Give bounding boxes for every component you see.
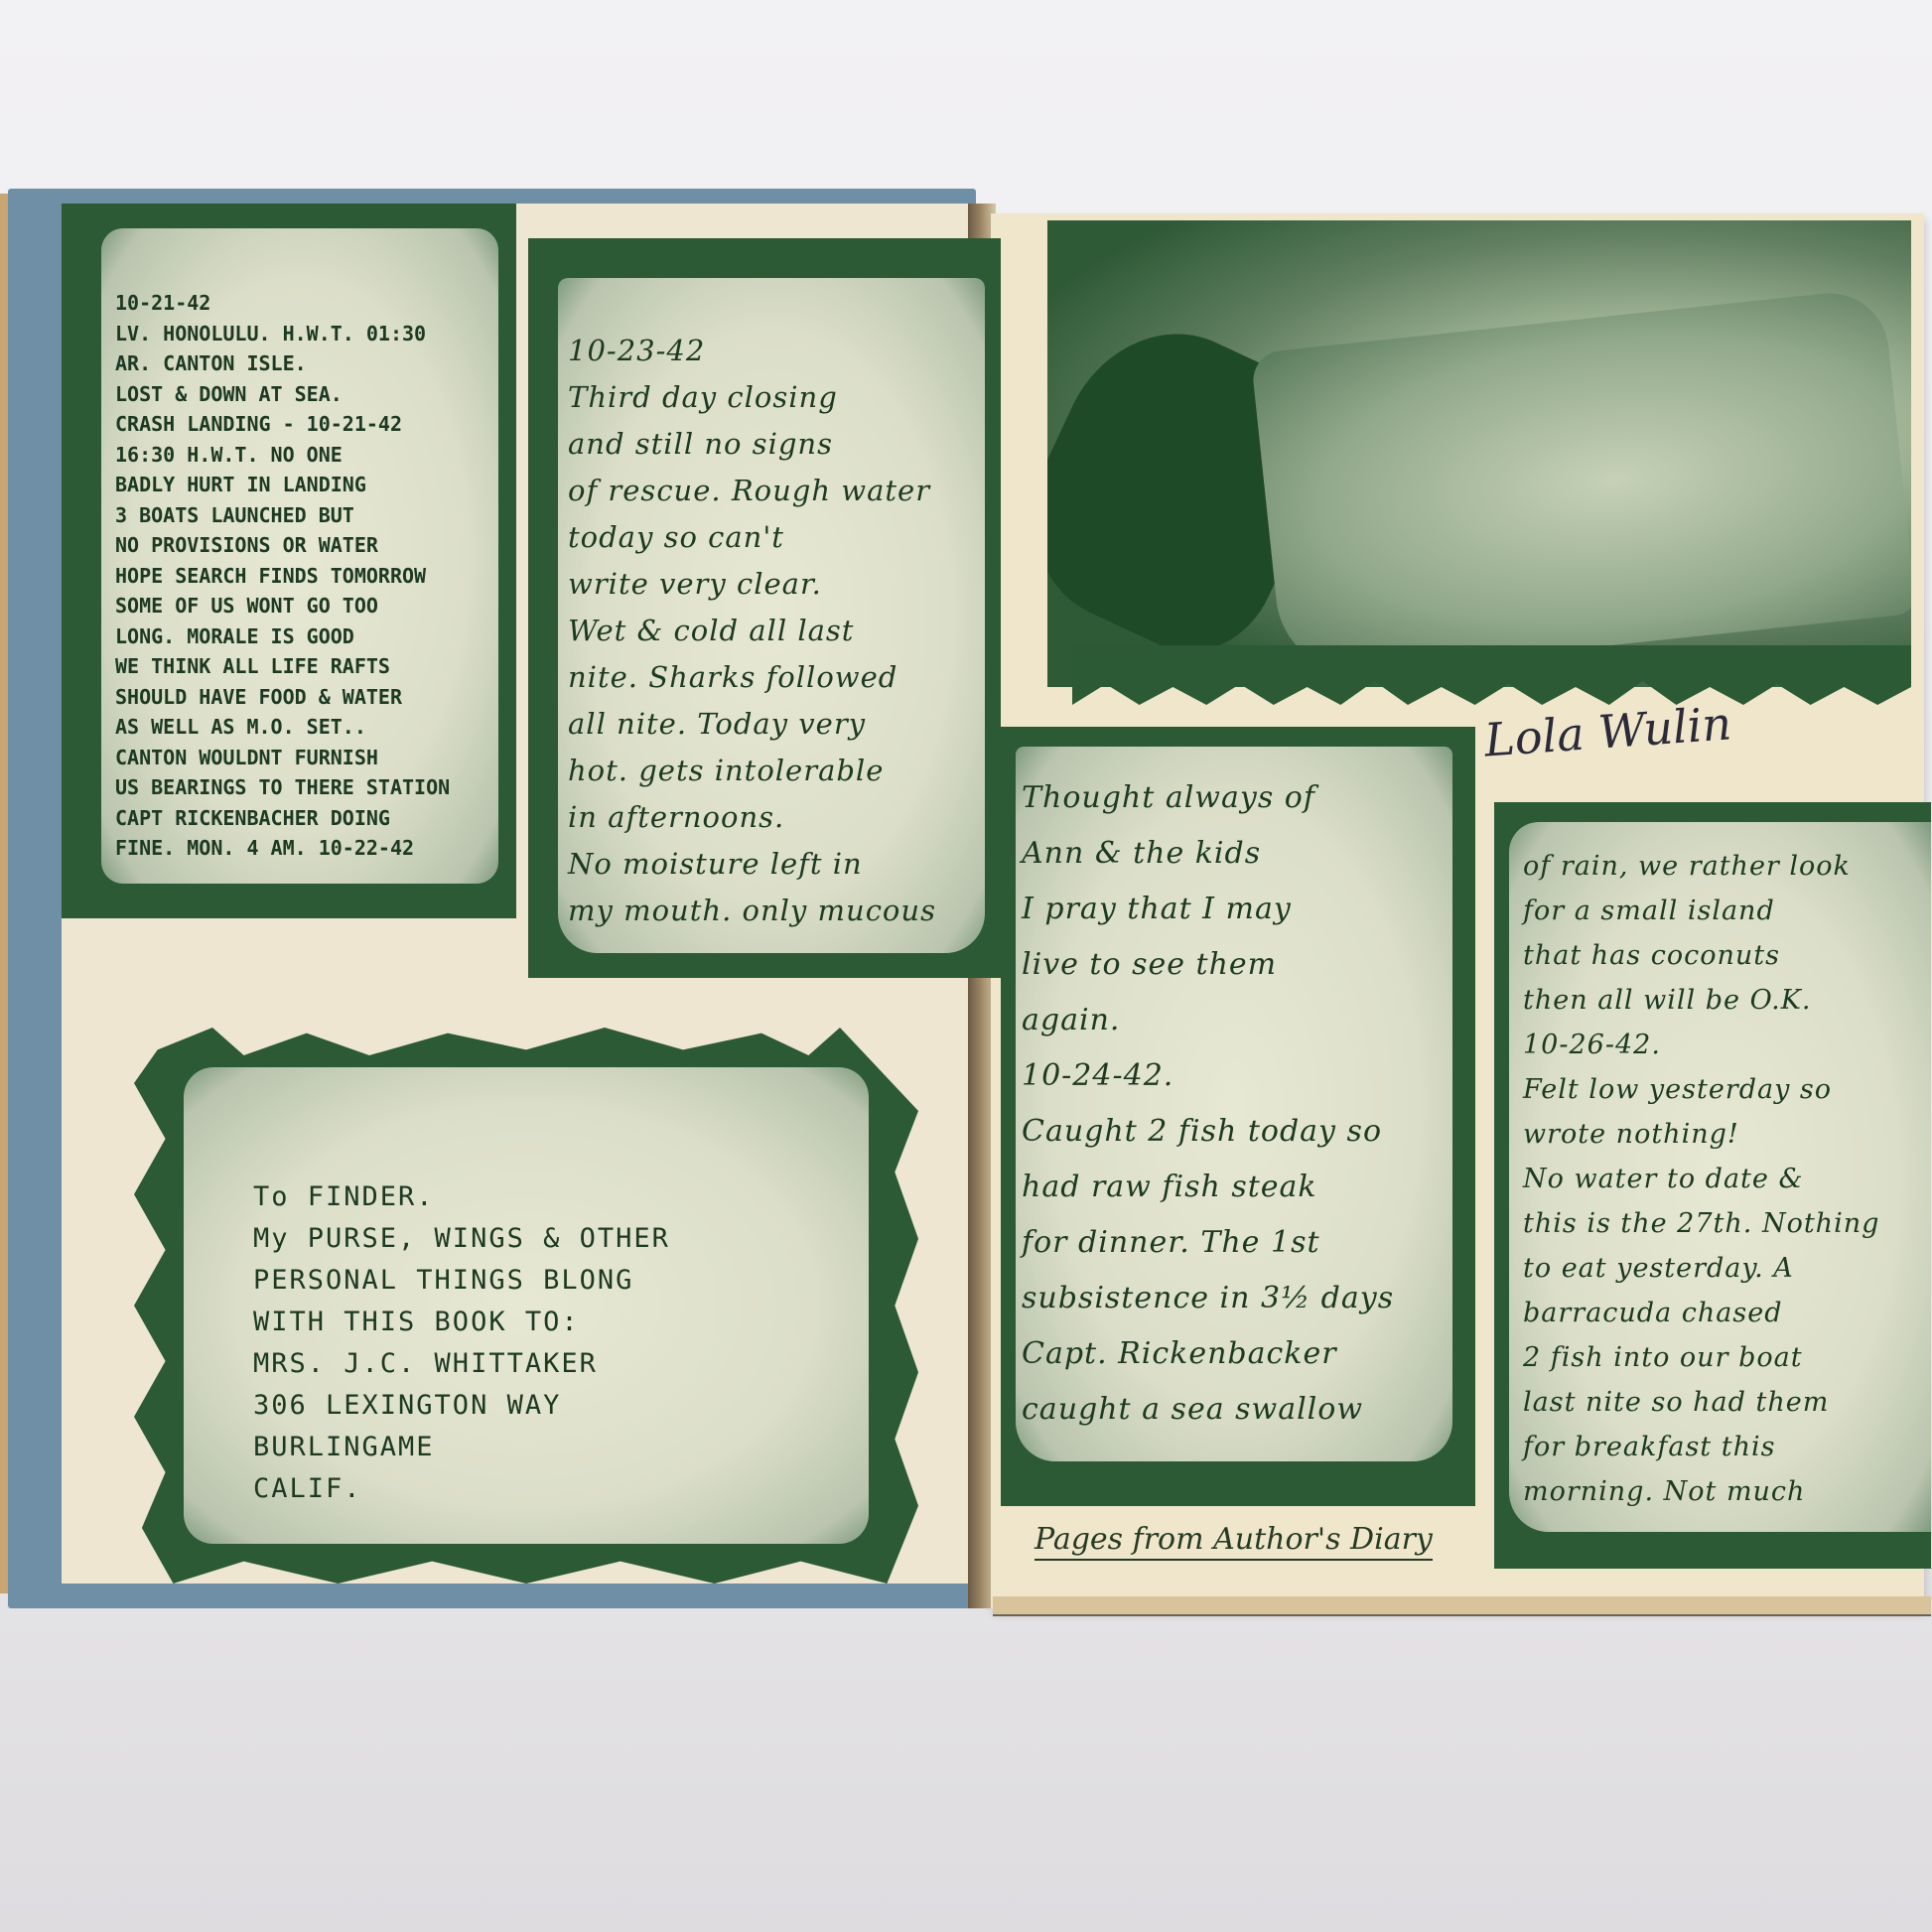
diary-text-2: 10-23-42 Third day closing and still no … (568, 328, 985, 934)
diary-plate-2: 10-23-42 Third day closing and still no … (528, 238, 1001, 978)
notebook-photo (1047, 220, 1911, 687)
finder-note-paper: To FINDER. My PURSE, WINGS & OTHER PERSO… (184, 1067, 869, 1544)
finder-note-plate: To FINDER. My PURSE, WINGS & OTHER PERSO… (134, 1028, 918, 1584)
diary-text-1: 10-21-42 LV. HONOLULU. H.W.T. 01:30 AR. … (115, 288, 502, 864)
diary-plate-4: of rain, we rather look for a small isla… (1494, 802, 1931, 1569)
diary-plate-3: Thought always of Ann & the kids I pray … (1001, 727, 1475, 1506)
page-edge (993, 1596, 1931, 1616)
diary-text-3: Thought always of Ann & the kids I pray … (1022, 770, 1458, 1438)
finder-note-text: To FINDER. My PURSE, WINGS & OTHER PERSO… (253, 1176, 849, 1510)
diary-page-2: 10-23-42 Third day closing and still no … (558, 278, 985, 953)
notebook-shape (1251, 287, 1911, 679)
diary-page-1: 10-21-42 LV. HONOLULU. H.W.T. 01:30 AR. … (101, 228, 498, 884)
diary-page-3: Thought always of Ann & the kids I pray … (1016, 747, 1452, 1461)
diary-text-4: of rain, we rather look for a small isla… (1523, 844, 1931, 1514)
diary-page-4: of rain, we rather look for a small isla… (1509, 822, 1931, 1532)
page-caption: Pages from Author's Diary (1035, 1522, 1433, 1561)
diary-plate-1: 10-21-42 LV. HONOLULU. H.W.T. 01:30 AR. … (62, 204, 516, 918)
